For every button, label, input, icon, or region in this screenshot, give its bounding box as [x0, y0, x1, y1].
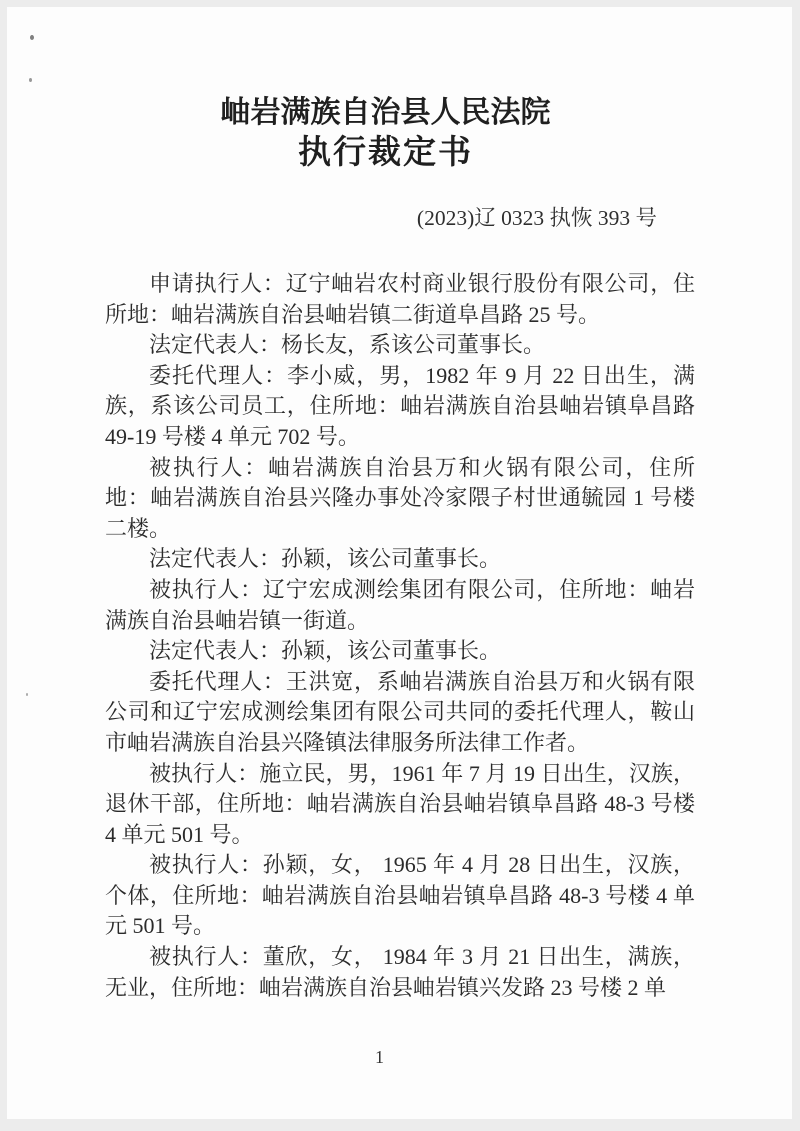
document-type-title: 执行裁定书 [0, 132, 778, 172]
scanned-court-document: { "document": { "court_name": "岫岩满族自治县人民… [0, 0, 800, 1131]
paragraph-respondent-4: 被执行人：孙颖，女， 1965 年 4 月 28 日出生，汉族，个体，住所地：岫… [105, 850, 695, 942]
page-number: 1 [0, 1047, 772, 1067]
paragraph-authorized-agent-1: 委托代理人：李小威，男，1982 年 9 月 22 日出生，满族，系该公司员工，… [105, 361, 695, 453]
scan-speck [29, 78, 32, 82]
paragraph-respondent-5: 被执行人：董欣，女， 1984 年 3 月 21 日出生，满族，无业，住所地：岫… [105, 942, 695, 1003]
paragraph-applicant: 申请执行人：辽宁岫岩农村商业银行股份有限公司，住所地：岫岩满族自治县岫岩镇二街道… [105, 269, 695, 330]
scan-speck [26, 693, 28, 696]
document-page: 岫岩满族自治县人民法院 执行裁定书 (2023)辽 0323 执恢 393 号 … [7, 7, 792, 1119]
paragraph-authorized-agent-2: 委托代理人：王洪宽，系岫岩满族自治县万和火锅有限公司和辽宁宏成测绘集团有限公司共… [105, 667, 695, 759]
case-number: (2023)辽 0323 执恢 393 号 [7, 203, 792, 233]
paragraph-legal-representative-1: 法定代表人：杨长友，系该公司董事长。 [105, 330, 695, 361]
court-name-title: 岫岩满族自治县人民法院 [0, 94, 778, 132]
document-body: 申请执行人：辽宁岫岩农村商业银行股份有限公司，住所地：岫岩满族自治县岫岩镇二街道… [7, 269, 792, 1003]
scan-speck [30, 35, 34, 40]
paragraph-legal-representative-2: 法定代表人：孙颖，该公司董事长。 [105, 544, 695, 575]
paragraph-respondent-1: 被执行人：岫岩满族自治县万和火锅有限公司，住所地：岫岩满族自治县兴隆办事处冷家隈… [105, 453, 695, 545]
paragraph-respondent-3: 被执行人：施立民，男，1961 年 7 月 19 日出生，汉族，退休干部，住所地… [105, 759, 695, 851]
paragraph-legal-representative-3: 法定代表人：孙颖，该公司董事长。 [105, 636, 695, 667]
paragraph-respondent-2: 被执行人：辽宁宏成测绘集团有限公司，住所地：岫岩满族自治县岫岩镇一街道。 [105, 575, 695, 636]
